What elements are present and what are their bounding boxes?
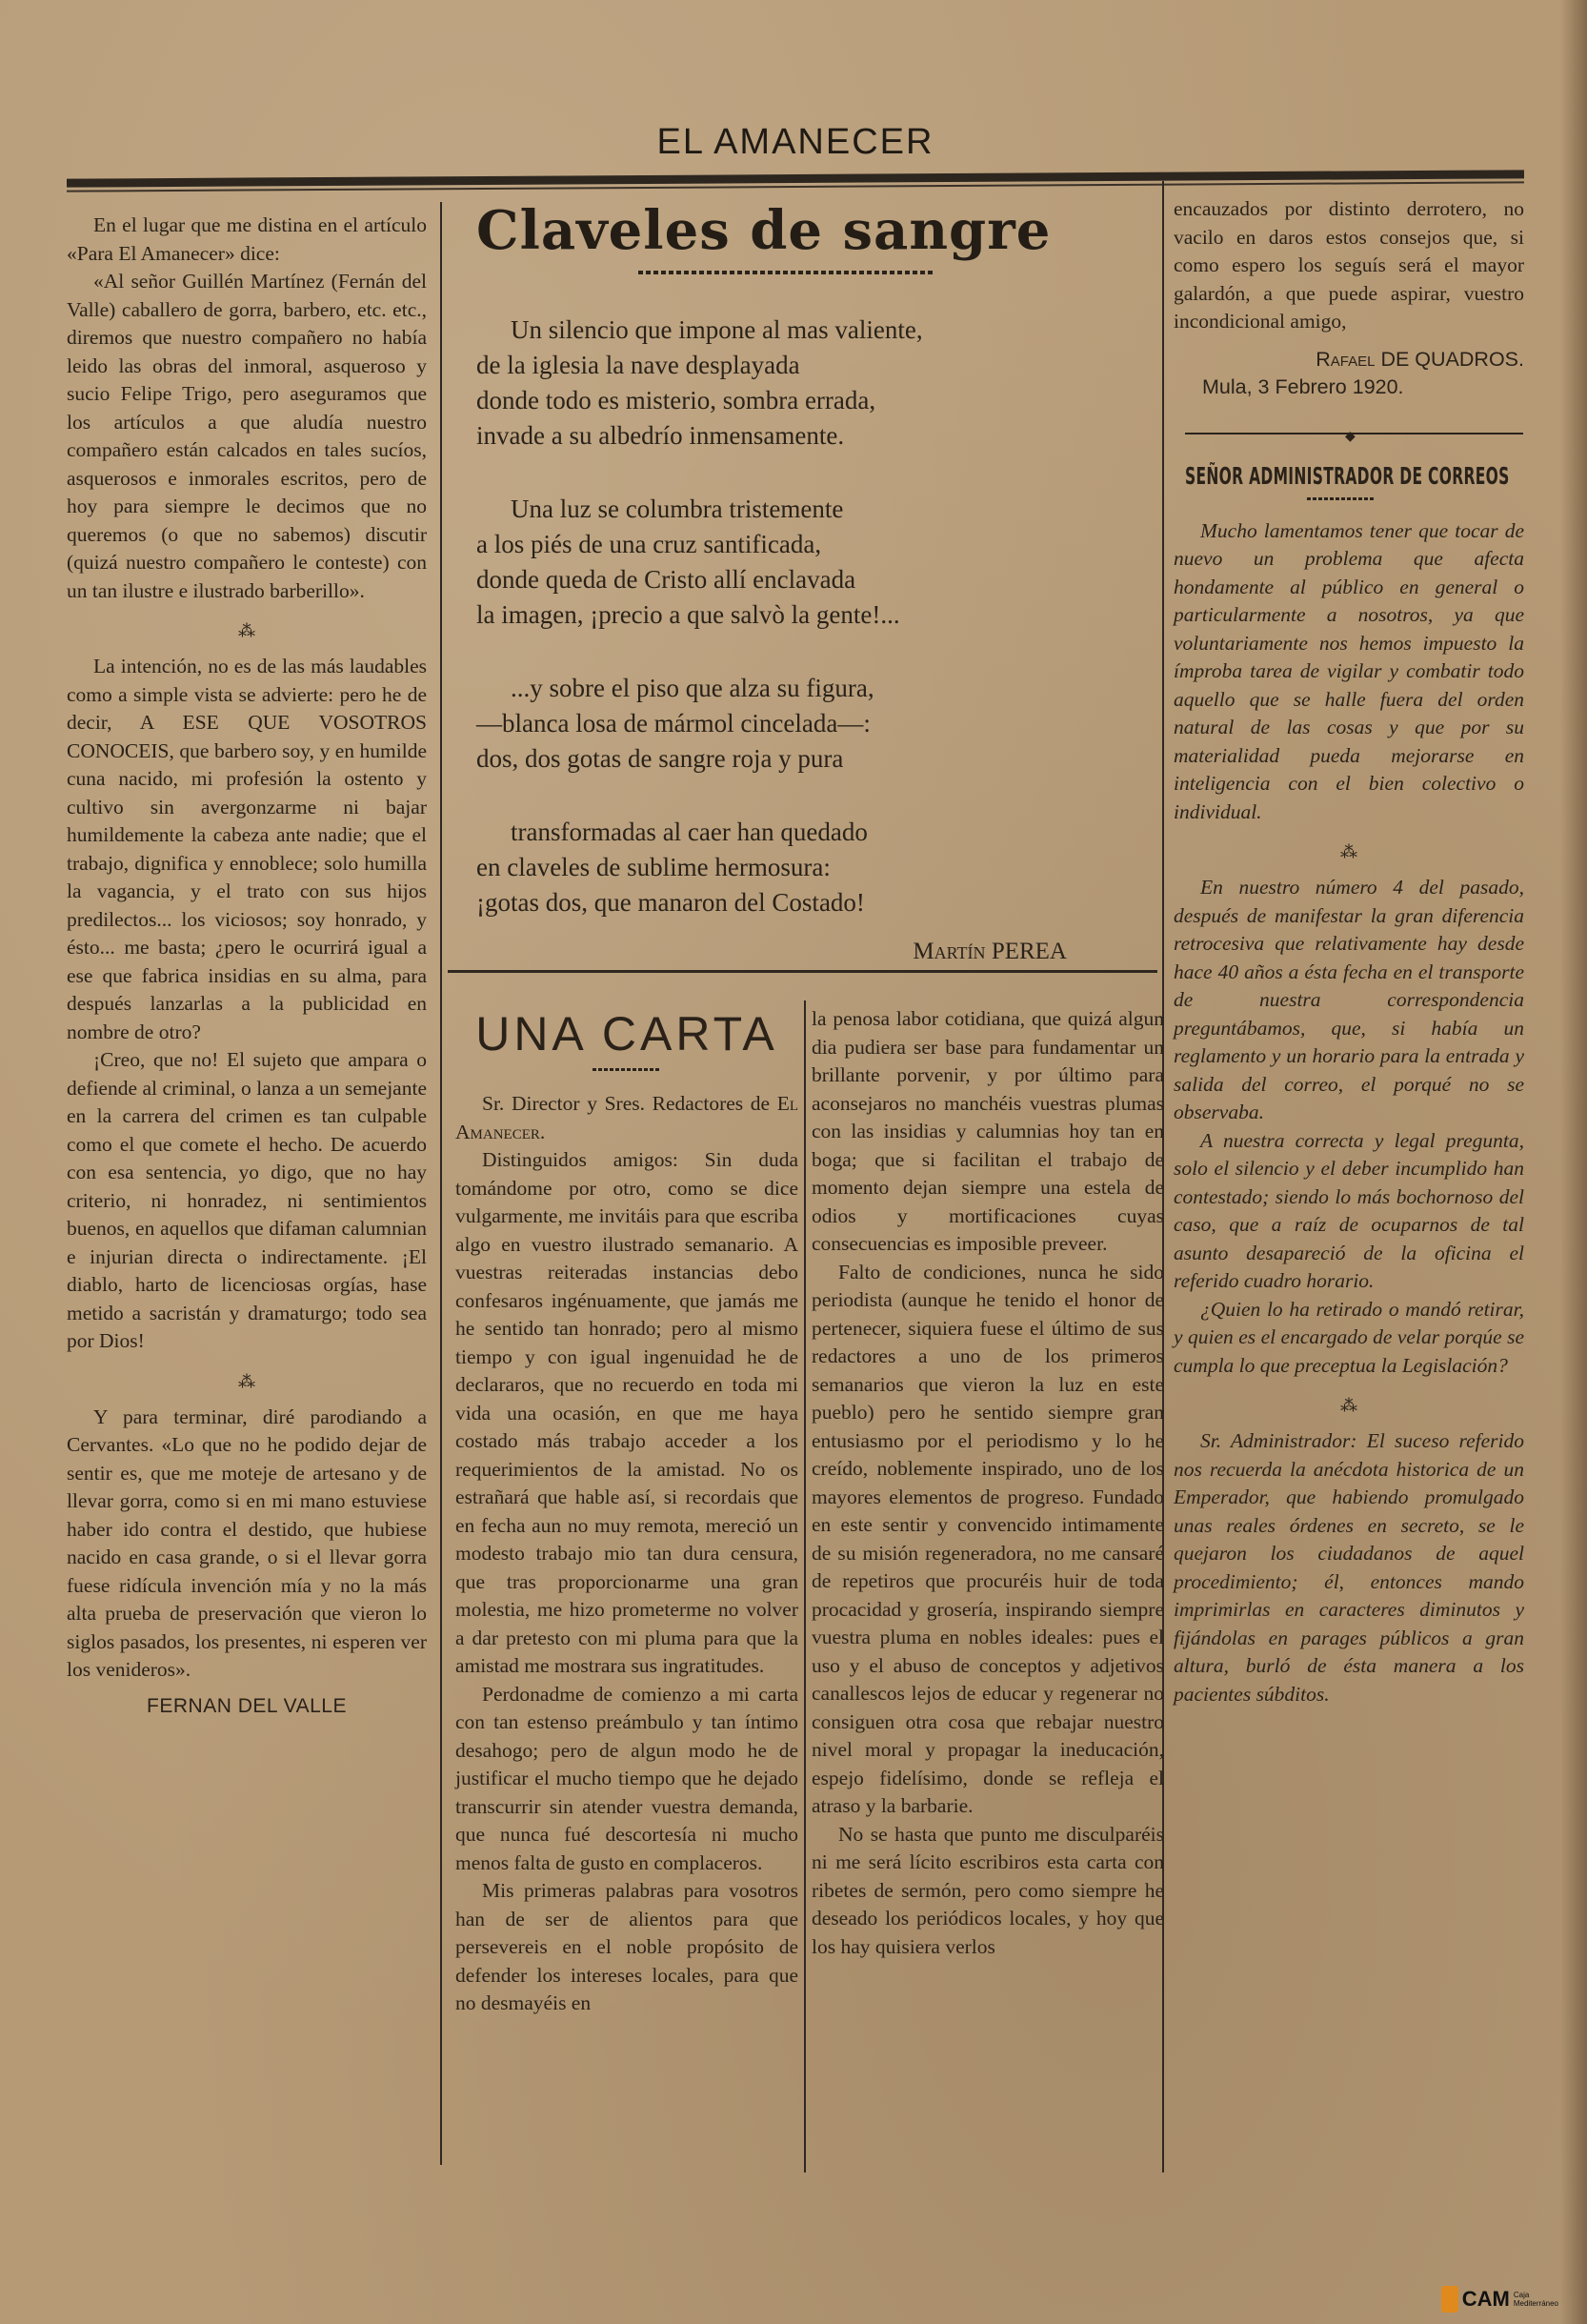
logo-subtext: Caja Mediterráneo <box>1514 2291 1558 2308</box>
paragraph: Perdonadme de comienzo a mi carta con ta… <box>455 1681 798 1878</box>
title-dotted-rule <box>638 271 934 274</box>
right-column: encauzados por distinto derrotero, no va… <box>1174 195 1524 1708</box>
poem-line: la imagen, ¡precio a que salvò la gente!… <box>476 597 1143 633</box>
asterism-separator: ⁂ <box>1174 1397 1524 1414</box>
section-title: SEÑOR ADMINISTRADOR DE CORREOS <box>1185 459 1396 494</box>
poem-line: de la iglesia la nave desplayada <box>476 348 1143 383</box>
poem-title: Claveles de sangre <box>476 200 1143 261</box>
poem-line: donde todo es misterio, sombra errada, <box>476 383 1143 418</box>
paragraph: la penosa labor cotidiana, que quizá alg… <box>812 1005 1164 1259</box>
signature-last-name: DE QUADROS. <box>1380 348 1524 371</box>
author-signature: FERNAN DEL VALLE <box>67 1692 427 1721</box>
archive-logo: CAM Caja Mediterráneo <box>1441 2286 1558 2313</box>
paragraph: Falto de condiciones, nunca he sido peri… <box>812 1259 1164 1821</box>
poem-stanza: transformadas al caer han quedado en cla… <box>476 815 1143 920</box>
column-divider <box>440 202 442 2165</box>
poem-line: transformadas al caer han quedado <box>476 815 1143 850</box>
paragraph: Y para terminar, diré parodiando a Cerva… <box>67 1404 427 1685</box>
asterism-separator: ⁂ <box>67 622 427 639</box>
poem-line: dos, dos gotas de sangre roja y pura <box>476 741 1143 777</box>
poem-stanza: Una luz se columbra tristemente a los pi… <box>476 492 1143 633</box>
letter-signature: Rafael DE QUADROS. <box>1174 346 1524 374</box>
paragraph: Mis primeras palabras para vosotros han … <box>455 1877 798 2018</box>
poem-line: Un silencio que impone al mas valiente, <box>476 313 1143 348</box>
poem-stanza: ...y sobre el piso que alza su figura, —… <box>476 671 1143 777</box>
column-divider <box>804 1000 806 2172</box>
letter-column-1: UNA CARTA Sr. Director y Sres. Redactore… <box>455 1005 798 2018</box>
paragraph: Distinguidos amigos: Sin duda tomándome … <box>455 1146 798 1681</box>
salutation: Sr. Director y Sres. Redactores de El Am… <box>455 1090 798 1146</box>
paragraph: Mucho lamentamos tener que tocar de nuev… <box>1174 517 1524 827</box>
poem-line: en claveles de sublime hermosura: <box>476 850 1143 885</box>
author-last-name: PEREA <box>992 939 1067 964</box>
paragraph: En el lugar que me distina en el artícul… <box>67 212 427 268</box>
author-first-name: Martín <box>913 939 985 964</box>
letter-date: Mula, 3 Febrero 1920. <box>1174 374 1524 402</box>
salutation-text: Sr. Director y Sres. Redactores de <box>482 1092 770 1115</box>
newspaper-page: EL AMANECER En el lugar que me distina e… <box>0 0 1587 2324</box>
paragraph: ¿Quien lo ha retirado o mandó retirar, y… <box>1174 1296 1524 1381</box>
title-dotted-rule <box>593 1068 661 1071</box>
logo-badge-icon <box>1441 2286 1458 2313</box>
poem-block: Claveles de sangre Un silencio que impon… <box>476 200 1143 966</box>
paragraph: encauzados por distinto derrotero, no va… <box>1174 195 1524 336</box>
poem-line: ...y sobre el piso que alza su figura, <box>476 671 1143 706</box>
poem-line: ¡gotas dos, que manaron del Costado! <box>476 885 1143 920</box>
title-dotted-rule <box>1307 497 1376 500</box>
paragraph: «Al señor Guillén Martínez (Fernán del V… <box>67 268 427 605</box>
logo-text: CAM <box>1462 2287 1510 2312</box>
letter-column-2: la penosa labor cotidiana, que quizá alg… <box>812 1005 1164 1961</box>
letter-title: UNA CARTA <box>455 1005 798 1062</box>
page-edge-shadow <box>1560 0 1587 2324</box>
logo-subtext-line: Mediterráneo <box>1514 2299 1558 2308</box>
signature-first-name: Rafael <box>1316 348 1375 371</box>
poem-line: —blanca losa de mármol cincelada—: <box>476 706 1143 741</box>
poem-stanza: Un silencio que impone al mas valiente, … <box>476 313 1143 454</box>
newspaper-title: EL AMANECER <box>67 122 1524 163</box>
correos-article: Mucho lamentamos tener que tocar de nuev… <box>1174 517 1524 1709</box>
poem-author: Martín PEREA <box>476 938 1067 966</box>
paragraph: A nuestra correcta y legal pregunta, sol… <box>1174 1127 1524 1296</box>
article-reply-column: En el lugar que me distina en el artícul… <box>67 212 427 1720</box>
paragraph: ¡Creo, que no! El sujeto que ampara o de… <box>67 1046 427 1356</box>
paragraph: No se hasta que punto me disculparéis ni… <box>812 1821 1164 1962</box>
poem-line: donde queda de Cristo allí enclavada <box>476 562 1143 597</box>
poem-line: invade a su albedrío inmensamente. <box>476 418 1143 454</box>
paragraph: La intención, no es de las más laudables… <box>67 653 427 1046</box>
asterism-separator: ⁂ <box>1174 843 1524 860</box>
logo-subtext-line: Caja <box>1514 2291 1558 2299</box>
paragraph: En nuestro número 4 del pasado, después … <box>1174 874 1524 1127</box>
paragraph: Sr. Administrador: El suceso referido no… <box>1174 1427 1524 1708</box>
poem-line: a los piés de una cruz santificada, <box>476 527 1143 562</box>
section-rule <box>448 970 1157 973</box>
poem-line: Una luz se columbra tristemente <box>476 492 1143 527</box>
ornamental-rule <box>1185 427 1523 440</box>
asterism-separator: ⁂ <box>67 1373 427 1390</box>
